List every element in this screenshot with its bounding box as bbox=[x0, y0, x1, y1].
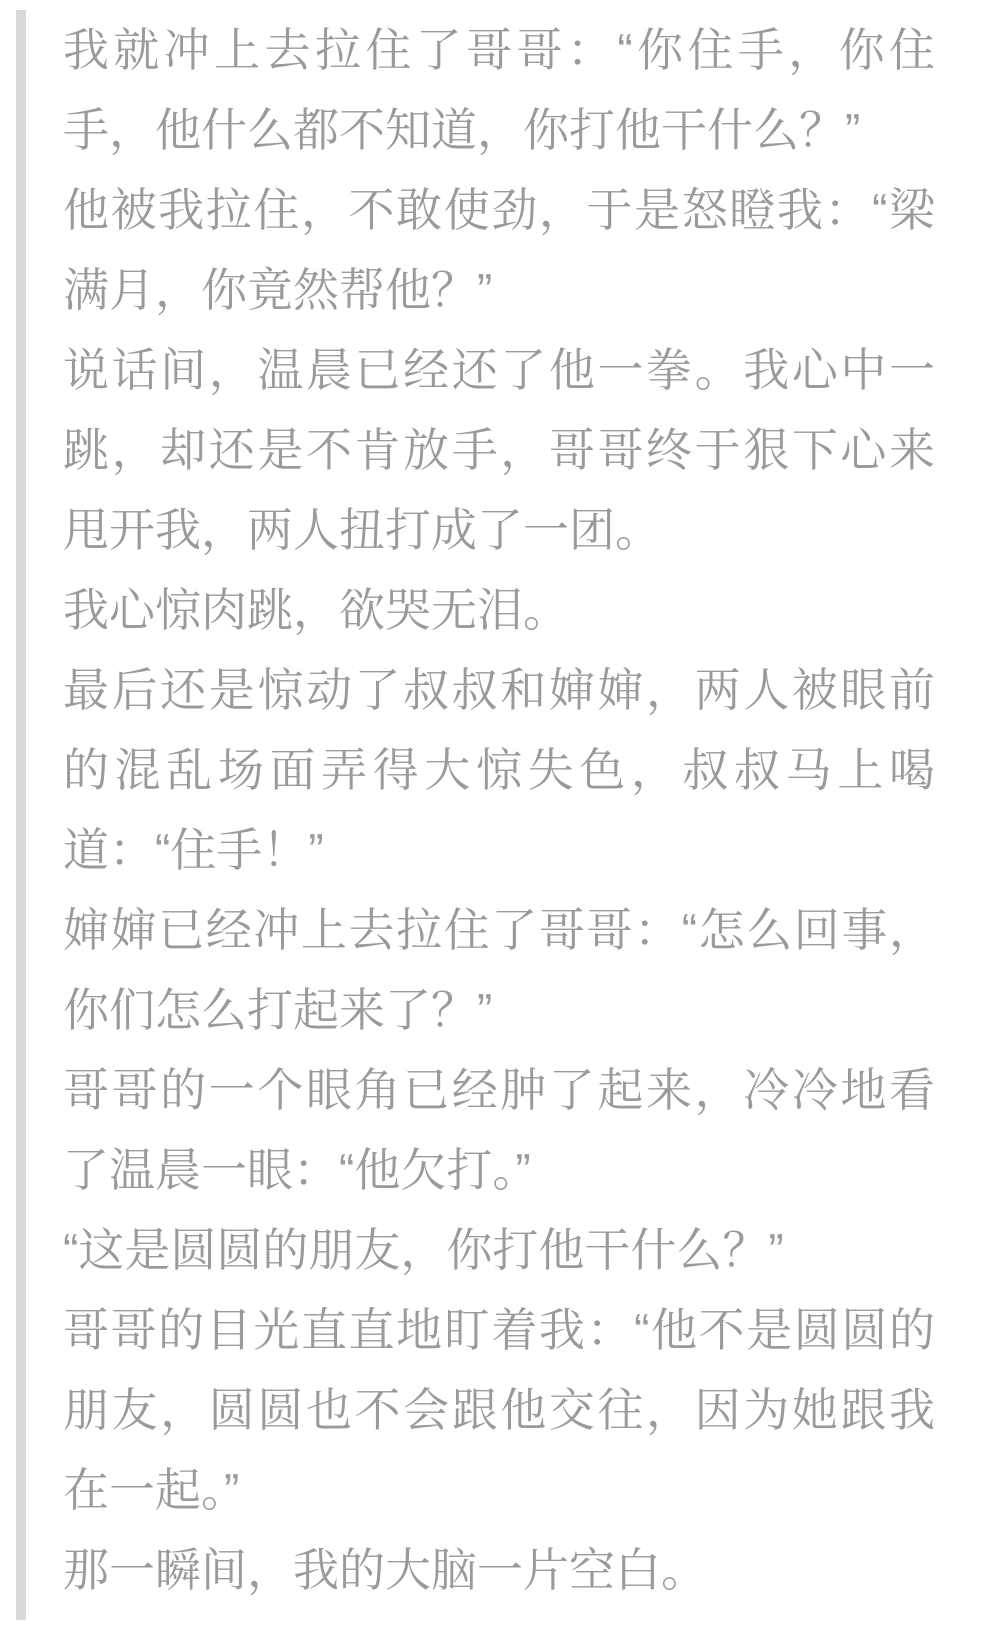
paragraph: 他被我拉住，不敢使劲，于是怒瞪我：“梁满月，你竟然帮他？” bbox=[63, 170, 935, 330]
paragraph: 我就冲上去拉住了哥哥：“你住手，你住手，他什么都不知道，你打他干什么？” bbox=[63, 10, 935, 170]
paragraph: 哥哥的目光直直地盯着我：“他不是圆圆的朋友，圆圆也不会跟他交往，因为她跟我在一起… bbox=[63, 1290, 935, 1530]
paragraph: 我心惊肉跳，欲哭无泪。 bbox=[63, 570, 935, 650]
paragraph: 最后还是惊动了叔叔和婶婶，两人被眼前的混乱场面弄得大惊失色，叔叔马上喝道：“住手… bbox=[63, 650, 935, 890]
scrollbar-thumb[interactable] bbox=[16, 10, 26, 1620]
novel-text: 我就冲上去拉住了哥哥：“你住手，你住手，他什么都不知道，你打他干什么？”他被我拉… bbox=[63, 10, 935, 1610]
paragraph: 婶婶已经冲上去拉住了哥哥：“怎么回事，你们怎么打起来了？” bbox=[63, 890, 935, 1050]
paragraph: 哥哥的一个眼角已经肿了起来，冷冷地看了温晨一眼：“他欠打。” bbox=[63, 1050, 935, 1210]
paragraph: 那一瞬间，我的大脑一片空白。 bbox=[63, 1530, 935, 1610]
paragraph: 说话间，温晨已经还了他一拳。我心中一跳，却还是不肯放手，哥哥终于狠下心来甩开我，… bbox=[63, 330, 935, 570]
reader-page: { "page": { "background_color": "#ffffff… bbox=[0, 0, 984, 1638]
paragraph: “这是圆圆的朋友，你打他干什么？” bbox=[63, 1210, 935, 1290]
